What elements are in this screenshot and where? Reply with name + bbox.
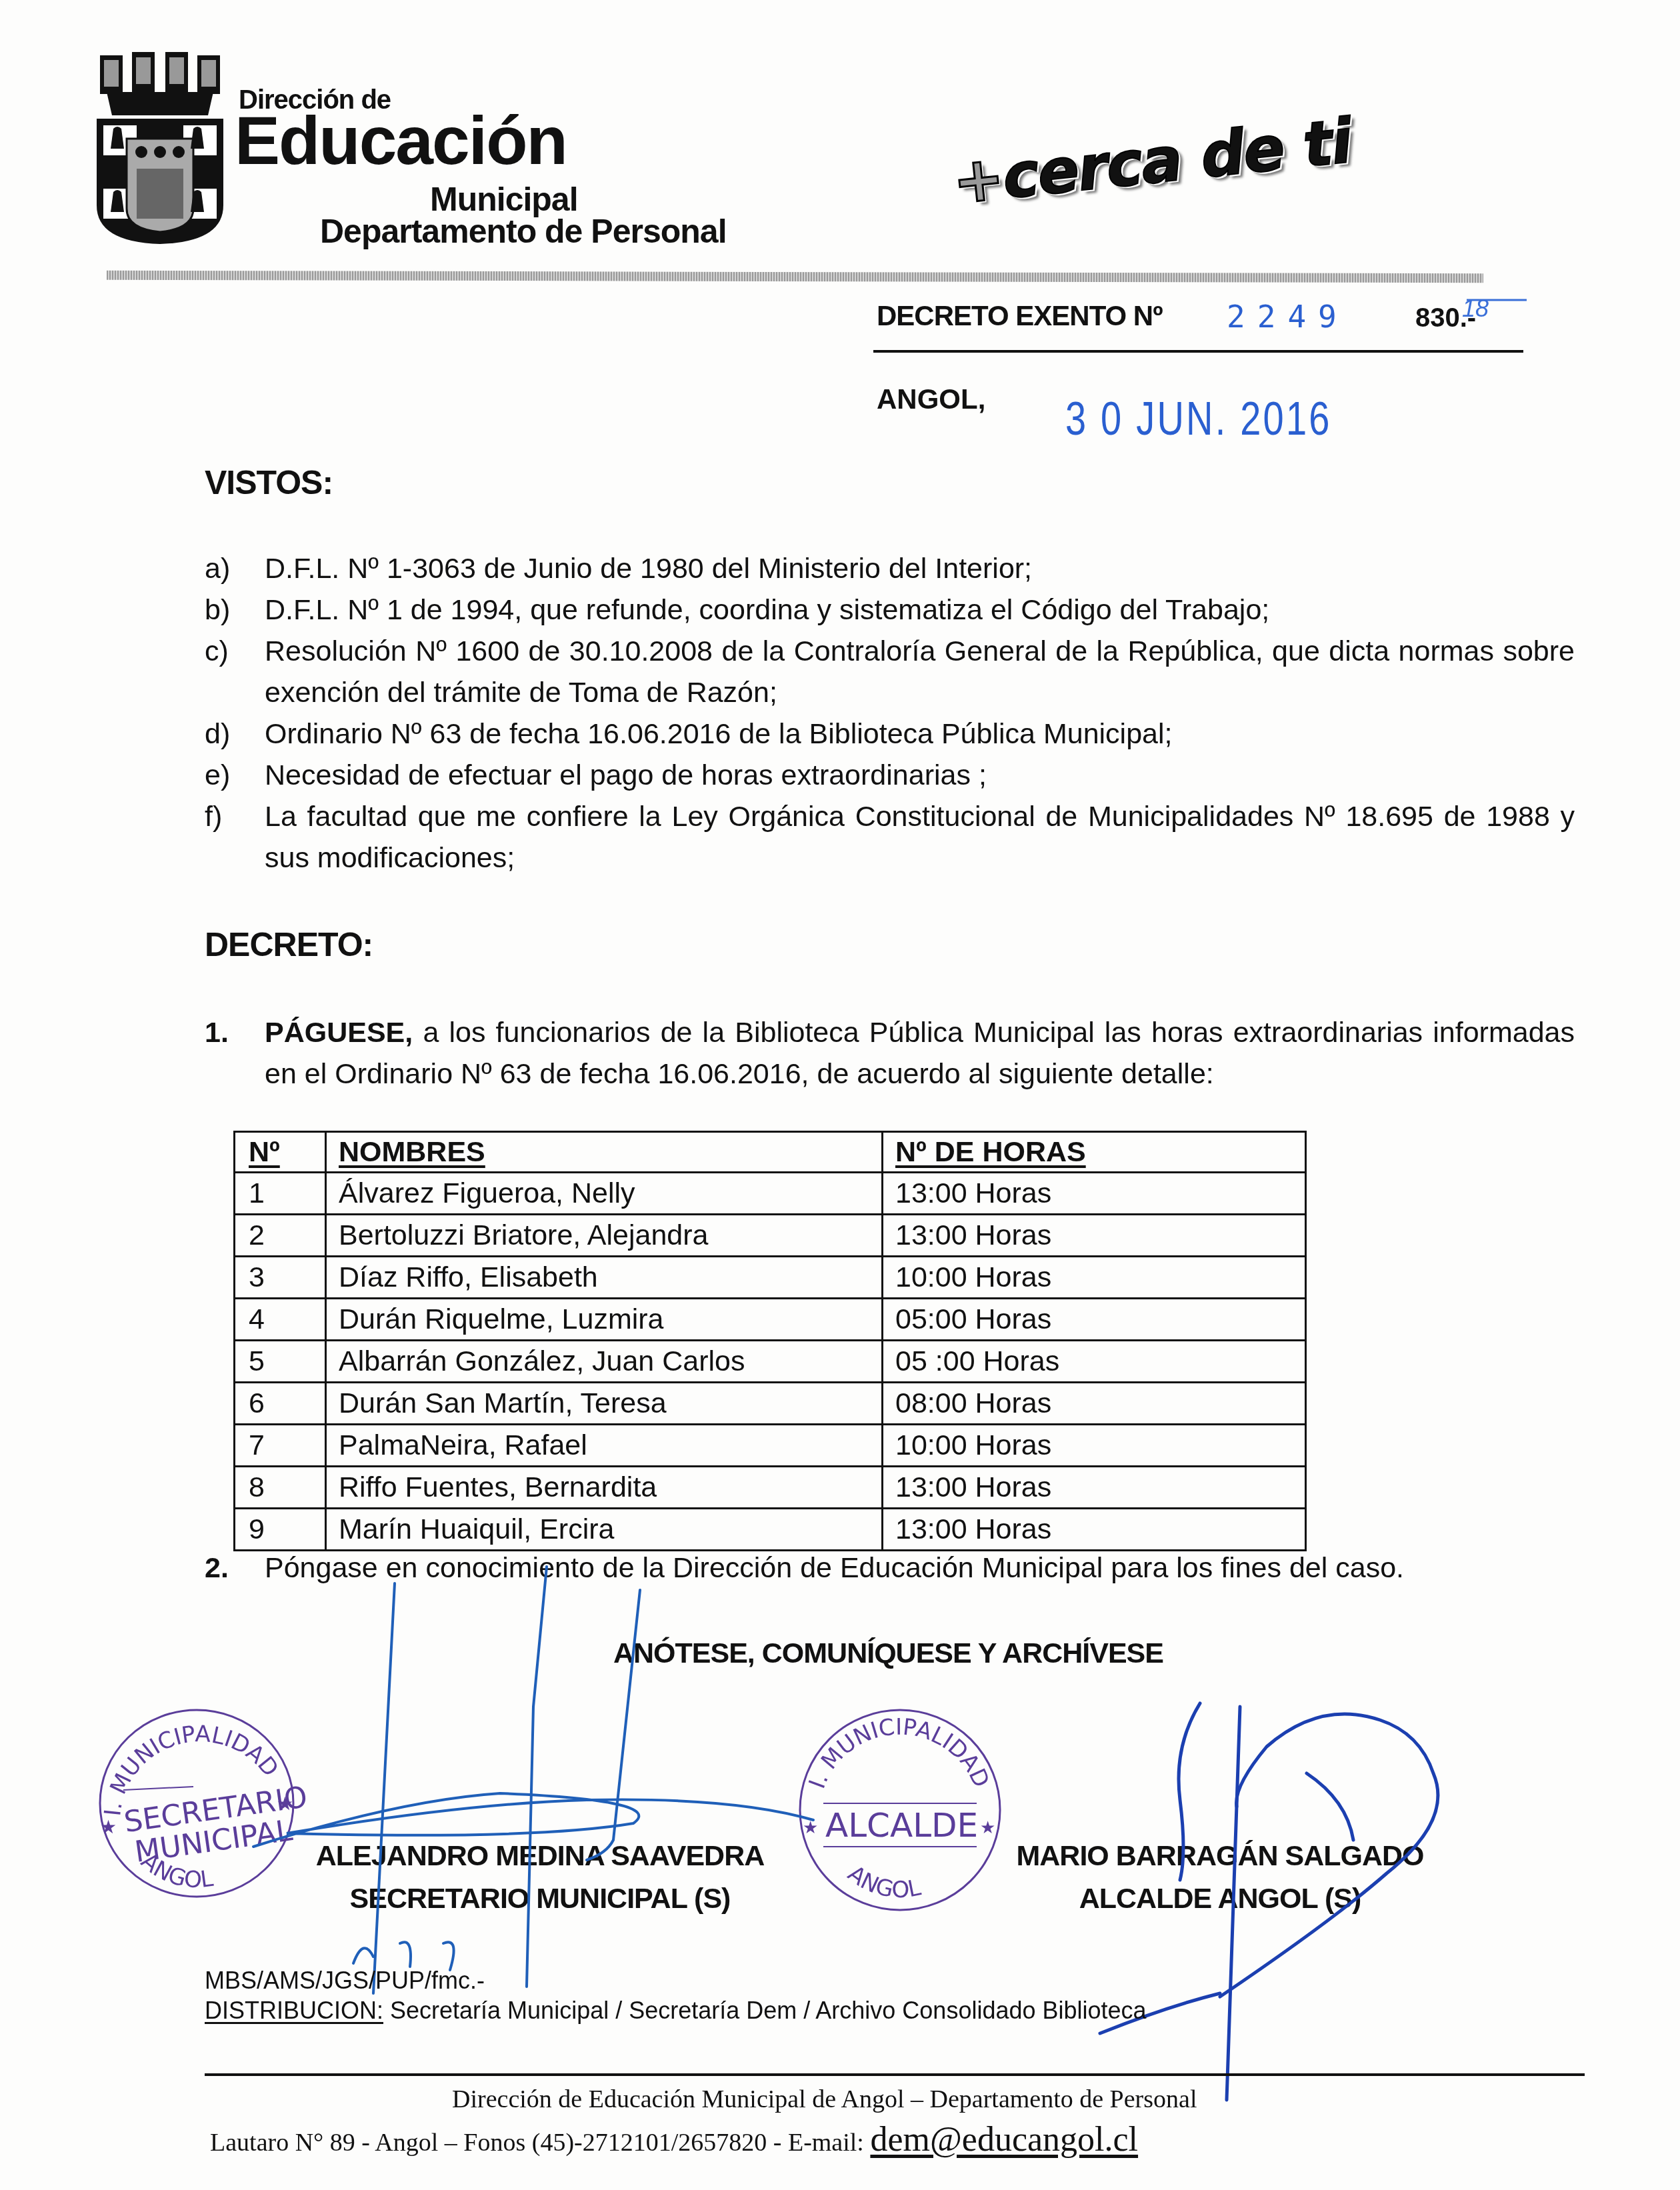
vistos-item: b)D.F.L. Nº 1 de 1994, que refunde, coor… (205, 589, 1575, 631)
signatory-name: ALEJANDRO MEDINA SAAVEDRA (287, 1835, 793, 1877)
decree-point-2: 2. Póngase en conocimiento de la Direcci… (205, 1552, 1404, 1585)
cell-name: Durán Riquelme, Luzmira (326, 1299, 883, 1341)
cell-hours: 05:00 Horas (883, 1299, 1306, 1341)
footer-address: Lautaro N° 89 - Angol – Fonos (45)-27121… (210, 2129, 870, 2157)
footer-contact-line: Lautaro N° 89 - Angol – Fonos (45)-27121… (210, 2120, 1138, 2159)
vistos-item: a)D.F.L. Nº 1-3063 de Junio de 1980 del … (205, 548, 1575, 589)
distribution-text: Secretaría Municipal / Secretaría Dem / … (390, 1997, 1147, 2024)
slogan-logo: +cerca de ti (949, 105, 1355, 218)
cell-number: 7 (235, 1425, 326, 1467)
vistos-item: f)La facultad que me confiere la Ley Org… (205, 796, 1575, 879)
svg-text:I. MUNICIPALIDAD: I. MUNICIPALIDAD (804, 1714, 995, 1793)
date-stamp: 3 0 JUN. 2016 (1065, 392, 1332, 445)
table-header-row: Nº NOMBRES Nº DE HORAS (235, 1132, 1306, 1173)
seal-bottom-text: ANGOL (843, 1860, 923, 1903)
cell-name: Albarrán González, Juan Carlos (326, 1341, 883, 1383)
slogan-text: cerca de ti (999, 105, 1354, 213)
vistos-item-label: f) (205, 796, 265, 879)
vistos-item: c)Resolución Nº 1600 de 30.10.2008 de la… (205, 631, 1575, 713)
vistos-item-label: b) (205, 589, 265, 631)
star-icon: ★ (100, 1817, 117, 1837)
vistos-item: e)Necesidad de efectuar el pago de horas… (205, 755, 1575, 796)
cell-hours: 13:00 Horas (883, 1173, 1306, 1215)
cell-number: 4 (235, 1299, 326, 1341)
cell-name: Durán San Martín, Teresa (326, 1383, 883, 1425)
cell-hours: 10:00 Horas (883, 1425, 1306, 1467)
vistos-item-label: a) (205, 548, 265, 589)
table-row: 2Bertoluzzi Briatore, Alejandra13:00 Hor… (235, 1215, 1306, 1257)
vistos-item-label: c) (205, 631, 265, 713)
vistos-item-text: Ordinario Nº 63 de fecha 16.06.2016 de l… (265, 713, 1575, 755)
decreto-heading: DECRETO: (205, 925, 373, 964)
table-row: 3Díaz Riffo, Elisabeth10:00 Horas (235, 1257, 1306, 1299)
svg-text:ANGOL: ANGOL (843, 1860, 923, 1903)
vistos-item-text: La facultad que me confiere la Ley Orgán… (265, 796, 1575, 879)
signatory-secretary: ALEJANDRO MEDINA SAAVEDRA SECRETARIO MUN… (287, 1835, 793, 1920)
signatory-name: MARIO BARRAGÁN SALGADO (967, 1835, 1473, 1877)
signatory-role: SECRETARIO MUNICIPAL (S) (287, 1877, 793, 1920)
vistos-item: d)Ordinario Nº 63 de fecha 16.06.2016 de… (205, 713, 1575, 755)
point-body: a los funcionarios de la Biblioteca Públ… (265, 1017, 1575, 1090)
decree-handwritten-suffix: 18 (1462, 295, 1489, 323)
footer-org-line: Dirección de Educación Municipal de Ango… (452, 2085, 1197, 2114)
vistos-item-text: D.F.L. Nº 1-3063 de Junio de 1980 del Mi… (265, 548, 1575, 589)
point-number: 2. (205, 1552, 265, 1585)
department-name: Departamento de Personal (320, 212, 727, 251)
footer-email-link[interactable]: dem@educangol.cl (870, 2121, 1138, 2159)
cell-name: Riffo Fuentes, Bernardita (326, 1467, 883, 1509)
decree-stamped-number: 2249 (1227, 299, 1349, 335)
cell-hours: 13:00 Horas (883, 1215, 1306, 1257)
signatory-mayor: MARIO BARRAGÁN SALGADO ALCALDE ANGOL (S) (967, 1835, 1473, 1920)
table-row: 1Álvarez Figueroa, Nelly13:00 Horas (235, 1173, 1306, 1215)
table-row: 8Riffo Fuentes, Bernardita13:00 Horas (235, 1467, 1306, 1509)
table-row: 9Marín Huaiquil, Ercira13:00 Horas (235, 1509, 1306, 1551)
column-header-names: NOMBRES (326, 1132, 883, 1173)
table-row: 7PalmaNeira, Rafael10:00 Horas (235, 1425, 1306, 1467)
org-name-line2: Educación (235, 107, 567, 175)
vistos-item-text: Necesidad de efectuar el pago de horas e… (265, 755, 1575, 796)
footer-divider (205, 2073, 1585, 2076)
vistos-item-label: d) (205, 713, 265, 755)
cell-hours: 10:00 Horas (883, 1257, 1306, 1299)
point-text: Póngase en conocimiento de la Dirección … (265, 1552, 1404, 1585)
cell-name: Álvarez Figueroa, Nelly (326, 1173, 883, 1215)
cell-number: 2 (235, 1215, 326, 1257)
cell-hours: 13:00 Horas (883, 1467, 1306, 1509)
decree-label: DECRETO EXENTO Nº (877, 300, 1163, 332)
cell-number: 5 (235, 1341, 326, 1383)
vistos-list: a)D.F.L. Nº 1-3063 de Junio de 1980 del … (205, 548, 1575, 879)
overtime-table: Nº NOMBRES Nº DE HORAS 1Álvarez Figueroa… (233, 1131, 1307, 1551)
decree-number-printed: 830 (1415, 303, 1460, 333)
vistos-item-text: Resolución Nº 1600 de 30.10.2008 de la C… (265, 631, 1575, 713)
star-icon: ★ (277, 1793, 293, 1814)
cell-name: Marín Huaiquil, Ercira (326, 1509, 883, 1551)
cell-hours: 08:00 Horas (883, 1383, 1306, 1425)
distribution-line: DISTRIBUCION: Secretaría Municipal / Sec… (205, 1997, 1147, 2025)
vistos-item-label: e) (205, 755, 265, 796)
secretary-seal: I. MUNICIPALIDAD SECRETARIO MUNICIPAL ★ … (93, 1703, 300, 1903)
decree-underline (873, 350, 1523, 353)
cell-number: 6 (235, 1383, 326, 1425)
plus-icon: + (949, 142, 1007, 218)
table-row: 4Durán Riquelme, Luzmira05:00 Horas (235, 1299, 1306, 1341)
decree-point-1: 1. PÁGUESE, a los funcionarios de la Bib… (205, 1012, 1575, 1095)
header-divider (107, 271, 1483, 283)
cell-name: Bertoluzzi Briatore, Alejandra (326, 1215, 883, 1257)
cell-number: 8 (235, 1467, 326, 1509)
signatory-role: ALCALDE ANGOL (S) (967, 1877, 1473, 1920)
point-text: PÁGUESE, a los funcionarios de la Biblio… (265, 1012, 1575, 1095)
cell-hours: 05 :00 Horas (883, 1341, 1306, 1383)
distribution-label: DISTRIBUCION: (205, 1997, 383, 2024)
vistos-heading: VISTOS: (205, 463, 333, 502)
cell-number: 1 (235, 1173, 326, 1215)
table-row: 5Albarrán González, Juan Carlos05 :00 Ho… (235, 1341, 1306, 1383)
cell-number: 9 (235, 1509, 326, 1551)
vistos-item-text: D.F.L. Nº 1 de 1994, que refunde, coordi… (265, 589, 1575, 631)
column-header-number: Nº (235, 1132, 326, 1173)
point-verb: PÁGUESE, (265, 1017, 413, 1049)
seal-middle-text-1: ALCALDE (825, 1806, 978, 1845)
closing-formula: ANÓTESE, COMUNÍQUESE Y ARCHÍVESE (613, 1637, 1163, 1670)
cell-number: 3 (235, 1257, 326, 1299)
column-header-hours: Nº DE HORAS (883, 1132, 1306, 1173)
cell-name: Díaz Riffo, Elisabeth (326, 1257, 883, 1299)
table-row: 6Durán San Martín, Teresa08:00 Horas (235, 1383, 1306, 1425)
municipal-coat-of-arms-icon (93, 52, 227, 245)
seal-top-text: I. MUNICIPALIDAD (804, 1714, 995, 1793)
reference-initials: MBS/AMS/JGS/PUP/fmc.- (205, 1967, 485, 1995)
point-number: 1. (205, 1012, 265, 1095)
city-label: ANGOL, (877, 383, 985, 415)
cell-name: PalmaNeira, Rafael (326, 1425, 883, 1467)
cell-hours: 13:00 Horas (883, 1509, 1306, 1551)
star-icon: ★ (803, 1817, 818, 1837)
